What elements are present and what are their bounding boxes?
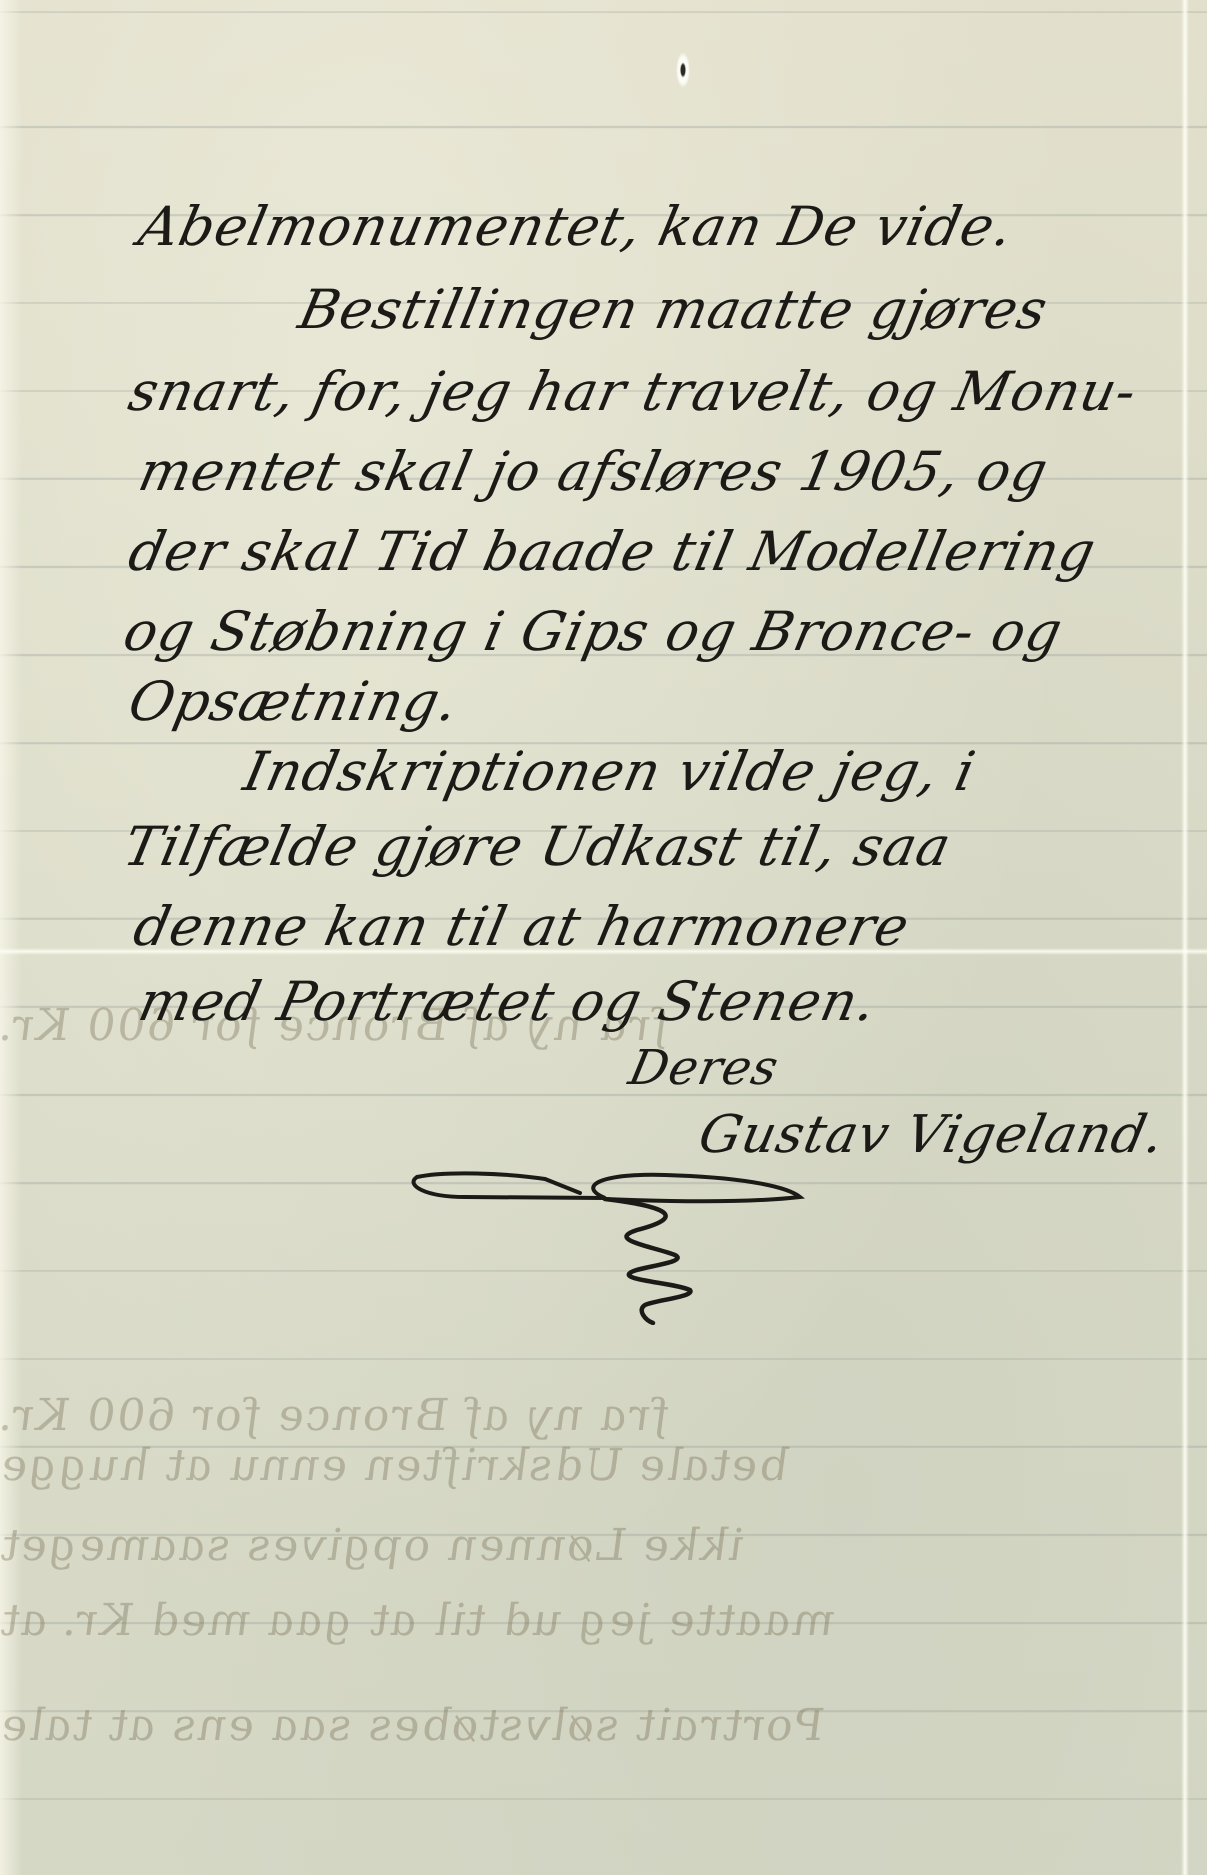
bleed-through-line: Portrait sølvstøbes saa ens at tale [0,1700,1185,1751]
letter-page: fra ny af Bronce for 600 Kr. fra ny af B… [0,0,1207,1875]
pinhole-mark [676,52,690,88]
letter-line: Opsætning. [123,670,464,733]
left-paper-edge [0,0,22,1875]
letter-line: Abelmonumentet, kan De vide. [133,195,1019,258]
bleed-through-line: fra ny af Bronce for 600 Kr. [0,1390,1185,1441]
letter-line: Tilfælde gjøre Udkast til, saa [118,815,957,878]
letter-line: Indskriptionen vilde jeg, i [238,740,981,803]
letter-line: mentet skal jo afsløres 1905, og [133,440,1054,503]
letter-line: og Støbning i Gips og Bronce- og [118,600,1068,663]
letter-line: med Portrætet og Stenen. [133,970,882,1033]
bleed-through-line: betale Udskriften ennu at hugge [0,1440,1185,1491]
letter-line: denne kan til at harmonere [128,895,915,958]
bleed-through-line: maatte jeg ud til at gaa med Kr. at [0,1595,1185,1646]
vertical-fold [1181,0,1189,1875]
closing: Deres [624,1040,784,1096]
bleed-through-line: ikke Lønnen opgives saameget [0,1520,1185,1571]
letter-line: Bestillingen maatte gjøres [293,278,1053,341]
letter-line: der skal Tid baade til Modellering [123,520,1101,583]
letter-line: snart, for, jeg har travelt, og Monu- [123,360,1142,423]
signature-flourish-icon [405,1155,825,1325]
